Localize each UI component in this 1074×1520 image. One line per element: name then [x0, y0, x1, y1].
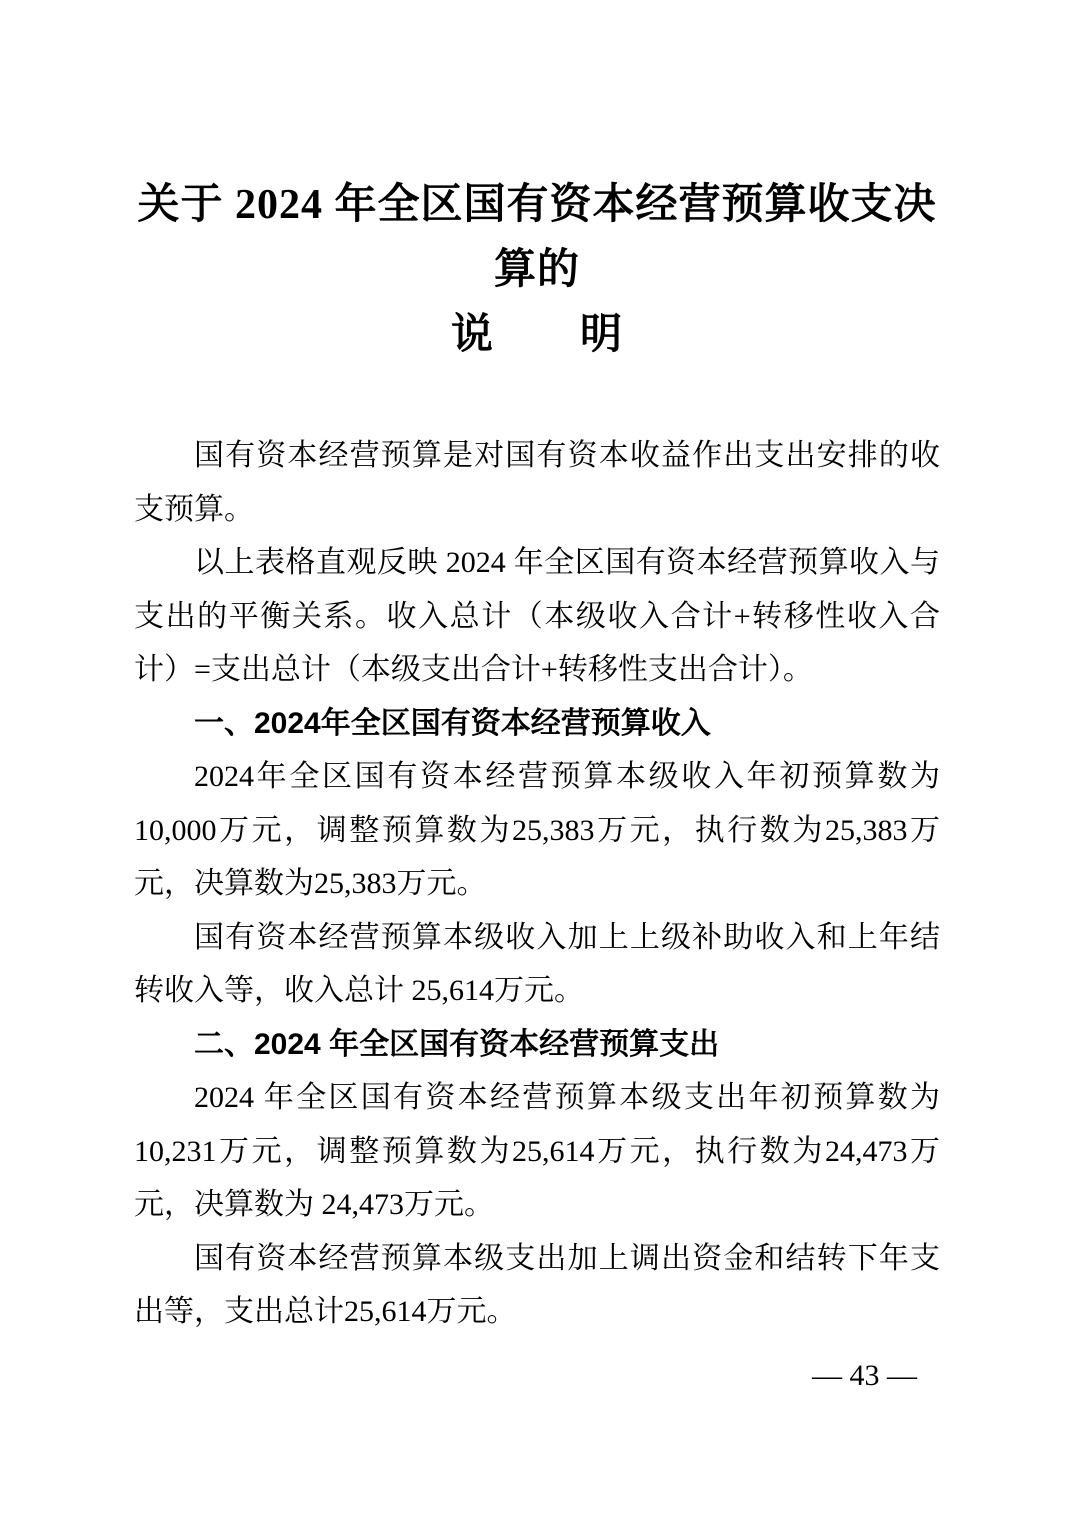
paragraph-expenditure-total: 国有资本经营预算本级支出加上调出资金和结转下年支出等，支出总计25,614万元。	[134, 1232, 940, 1339]
document-title: 关于 2024 年全区国有资本经营预算收支决算的 说 明	[134, 173, 940, 368]
document-page: 关于 2024 年全区国有资本经营预算收支决算的 说 明 国有资本经营预算是对国…	[0, 0, 1074, 1520]
paragraph-expenditure-figures: 2024 年全区国有资本经营预算本级支出年初预算数为10,231万元，调整预算数…	[134, 1071, 940, 1232]
paragraph-intro: 国有资本经营预算是对国有资本收益作出支出安排的收支预算。	[134, 429, 940, 536]
section-heading-expenditure: 二、2024 年全区国有资本经营预算支出	[134, 1018, 940, 1072]
paragraph-balance-relation: 以上表格直观反映 2024 年全区国有资本经营预算收入与支出的平衡关系。收入总计…	[134, 536, 940, 697]
document-body: 国有资本经营预算是对国有资本收益作出支出安排的收支预算。 以上表格直观反映 20…	[134, 429, 940, 1339]
paragraph-revenue-total: 国有资本经营预算本级收入加上上级补助收入和上年结转收入等，收入总计 25,614…	[134, 911, 940, 1018]
section-heading-revenue: 一、2024年全区国有资本经营预算收入	[134, 697, 940, 751]
document-title-line2: 说 明	[451, 312, 623, 358]
page-number: — 43 —	[812, 1352, 917, 1400]
document-title-line1: 关于 2024 年全区国有资本经营预算收支决算的	[137, 182, 936, 293]
paragraph-revenue-figures: 2024年全区国有资本经营预算本级收入年初预算数为10,000万元，调整预算数为…	[134, 750, 940, 911]
